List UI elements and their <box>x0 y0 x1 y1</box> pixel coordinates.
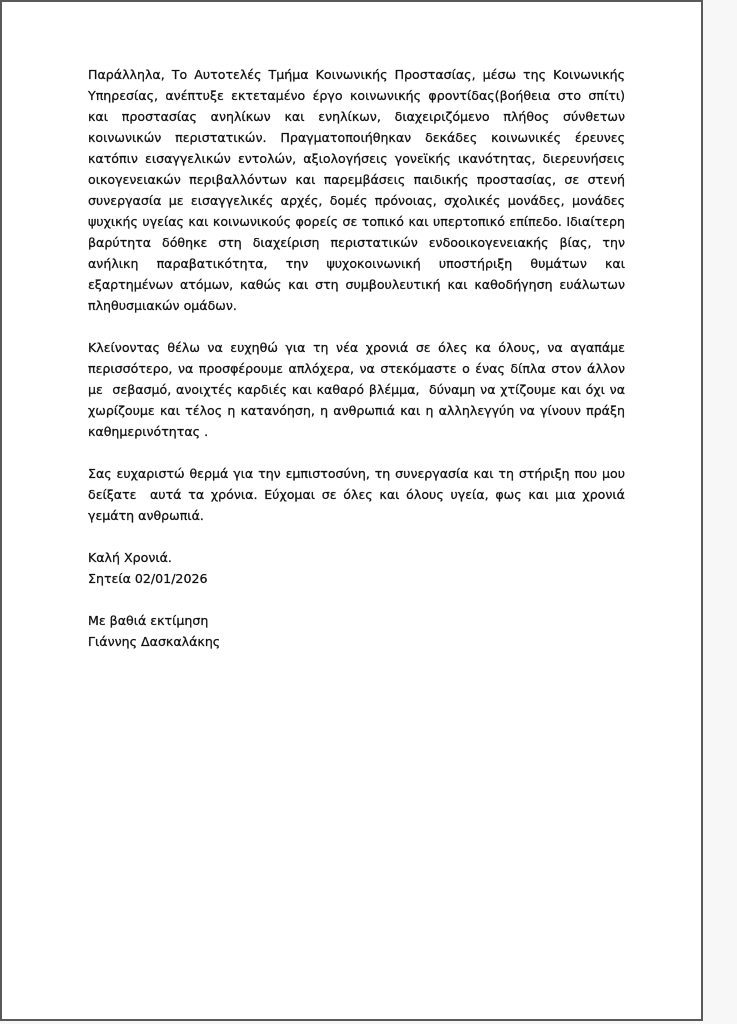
signature: Γιάννης Δασκαλάκης <box>88 631 625 652</box>
letter-body: Παράλληλα, Το Αυτοτελές Τμήμα Κοινωνικής… <box>88 64 625 652</box>
paragraph-new-year-wishes: Κλείνοντας θέλω να ευχηθώ για τη νέα χρο… <box>88 337 625 442</box>
closing-phrase: Με βαθιά εκτίμηση <box>88 610 625 631</box>
paragraph-social-protection: Παράλληλα, Το Αυτοτελές Τμήμα Κοινωνικής… <box>88 64 625 316</box>
greeting-block: Καλή Χρονιά. Σητεία 02/01/2026 <box>88 547 625 589</box>
place-date: Σητεία 02/01/2026 <box>88 568 625 589</box>
paragraph-thanks: Σας ευχαριστώ θερμά για την εμπιστοσύνη,… <box>88 463 625 526</box>
signoff-block: Με βαθιά εκτίμηση Γιάννης Δασκαλάκης <box>88 610 625 652</box>
greeting: Καλή Χρονιά. <box>88 547 625 568</box>
document-page: Παράλληλα, Το Αυτοτελές Τμήμα Κοινωνικής… <box>0 0 703 1021</box>
